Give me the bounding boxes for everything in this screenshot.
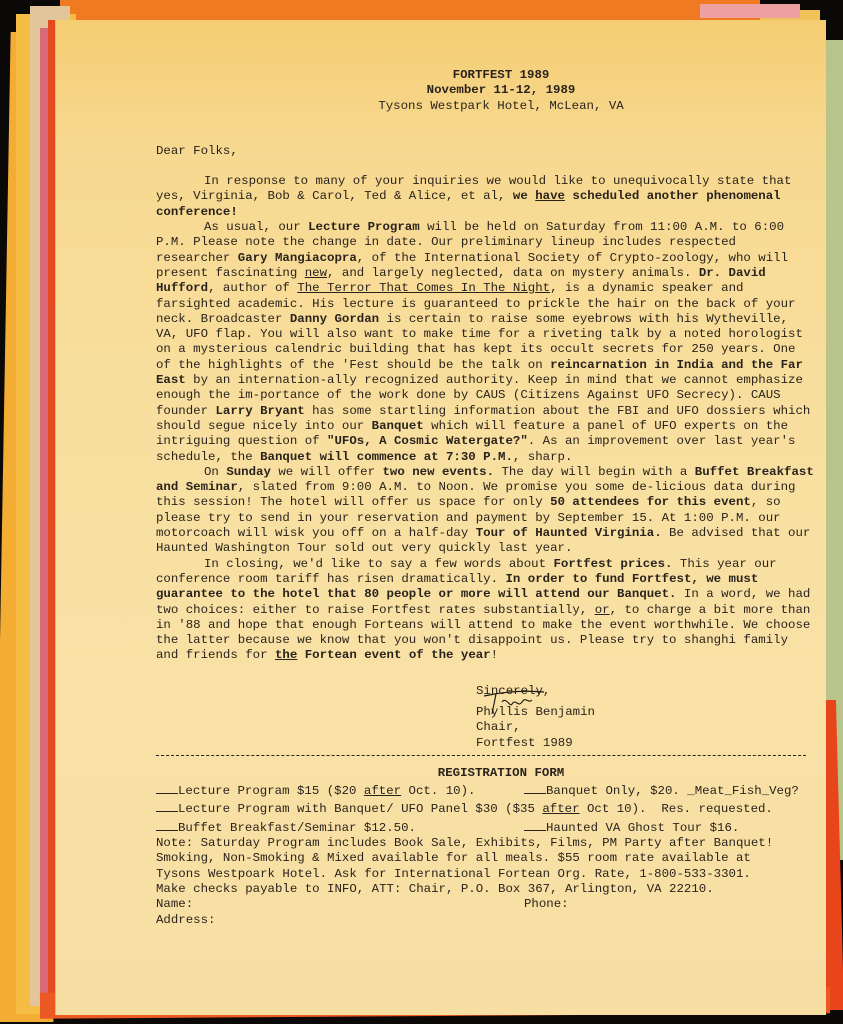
salutation: Dear Folks, [156, 144, 816, 159]
paragraph-saturday-program: As usual, our Lecture Program will be he… [156, 220, 816, 465]
name-field-label[interactable]: Name: [156, 897, 193, 911]
paragraph-sunday-events: On Sunday we will offer two new events. … [156, 465, 816, 557]
signer-org: Fortfest 1989 [476, 736, 816, 751]
cut-line-divider [156, 755, 806, 756]
event-title: FORTFEST 1989 [186, 68, 816, 83]
registration-row-2: Lecture Program with Banquet/ UFO Panel … [156, 799, 816, 817]
checkbox-banquet-only[interactable] [524, 781, 546, 794]
paragraph-prices: In closing, we'd like to say a few words… [156, 557, 816, 664]
signer-name: Phyllis Benjamin [476, 705, 816, 720]
checkbox-ghost-tour[interactable] [524, 818, 546, 831]
letter-body: FORTFEST 1989 November 11-12, 1989 Tyson… [156, 68, 816, 928]
paragraph-intro: In response to many of your inquiries we… [156, 174, 816, 220]
checkbox-lecture-program[interactable] [156, 781, 178, 794]
phone-field-label[interactable]: Phone: [524, 897, 569, 912]
checkbox-lecture-with-banquet[interactable] [156, 799, 178, 812]
event-dates: November 11-12, 1989 [186, 83, 816, 98]
registration-notes: Note: Saturday Program includes Book Sal… [156, 836, 816, 897]
paper-stack-top-pink [700, 4, 800, 18]
note-line: Make checks payable to INFO, ATT: Chair,… [156, 882, 816, 897]
paper-stack-top-orange [60, 0, 760, 20]
checkbox-buffet-breakfast[interactable] [156, 818, 178, 831]
note-line: Tysons Westpoark Hotel. Ask for Internat… [156, 867, 816, 882]
address-field-label[interactable]: Address: [156, 913, 816, 928]
letter-page: FORTFEST 1989 November 11-12, 1989 Tyson… [56, 20, 826, 1015]
event-venue: Tysons Westpark Hotel, McLean, VA [186, 99, 816, 114]
letter-closing: Sincerely, Phyllis Benjamin Chair, Fortf… [476, 684, 816, 751]
note-line: Note: Saturday Program includes Book Sal… [156, 836, 816, 851]
registration-form-title: REGISTRATION FORM [186, 766, 816, 781]
signer-role: Chair, [476, 720, 816, 735]
registration-row-3: Buffet Breakfast/Seminar $12.50.Haunted … [156, 818, 816, 836]
note-line: Smoking, Non-Smoking & Mixed available f… [156, 851, 816, 866]
registration-row-1: Lecture Program $15 ($20 after Oct. 10).… [156, 781, 816, 799]
name-phone-row: Name: Phone: [156, 897, 816, 912]
valediction: Sincerely, [476, 684, 816, 699]
letter-header: FORTFEST 1989 November 11-12, 1989 Tyson… [186, 68, 816, 114]
